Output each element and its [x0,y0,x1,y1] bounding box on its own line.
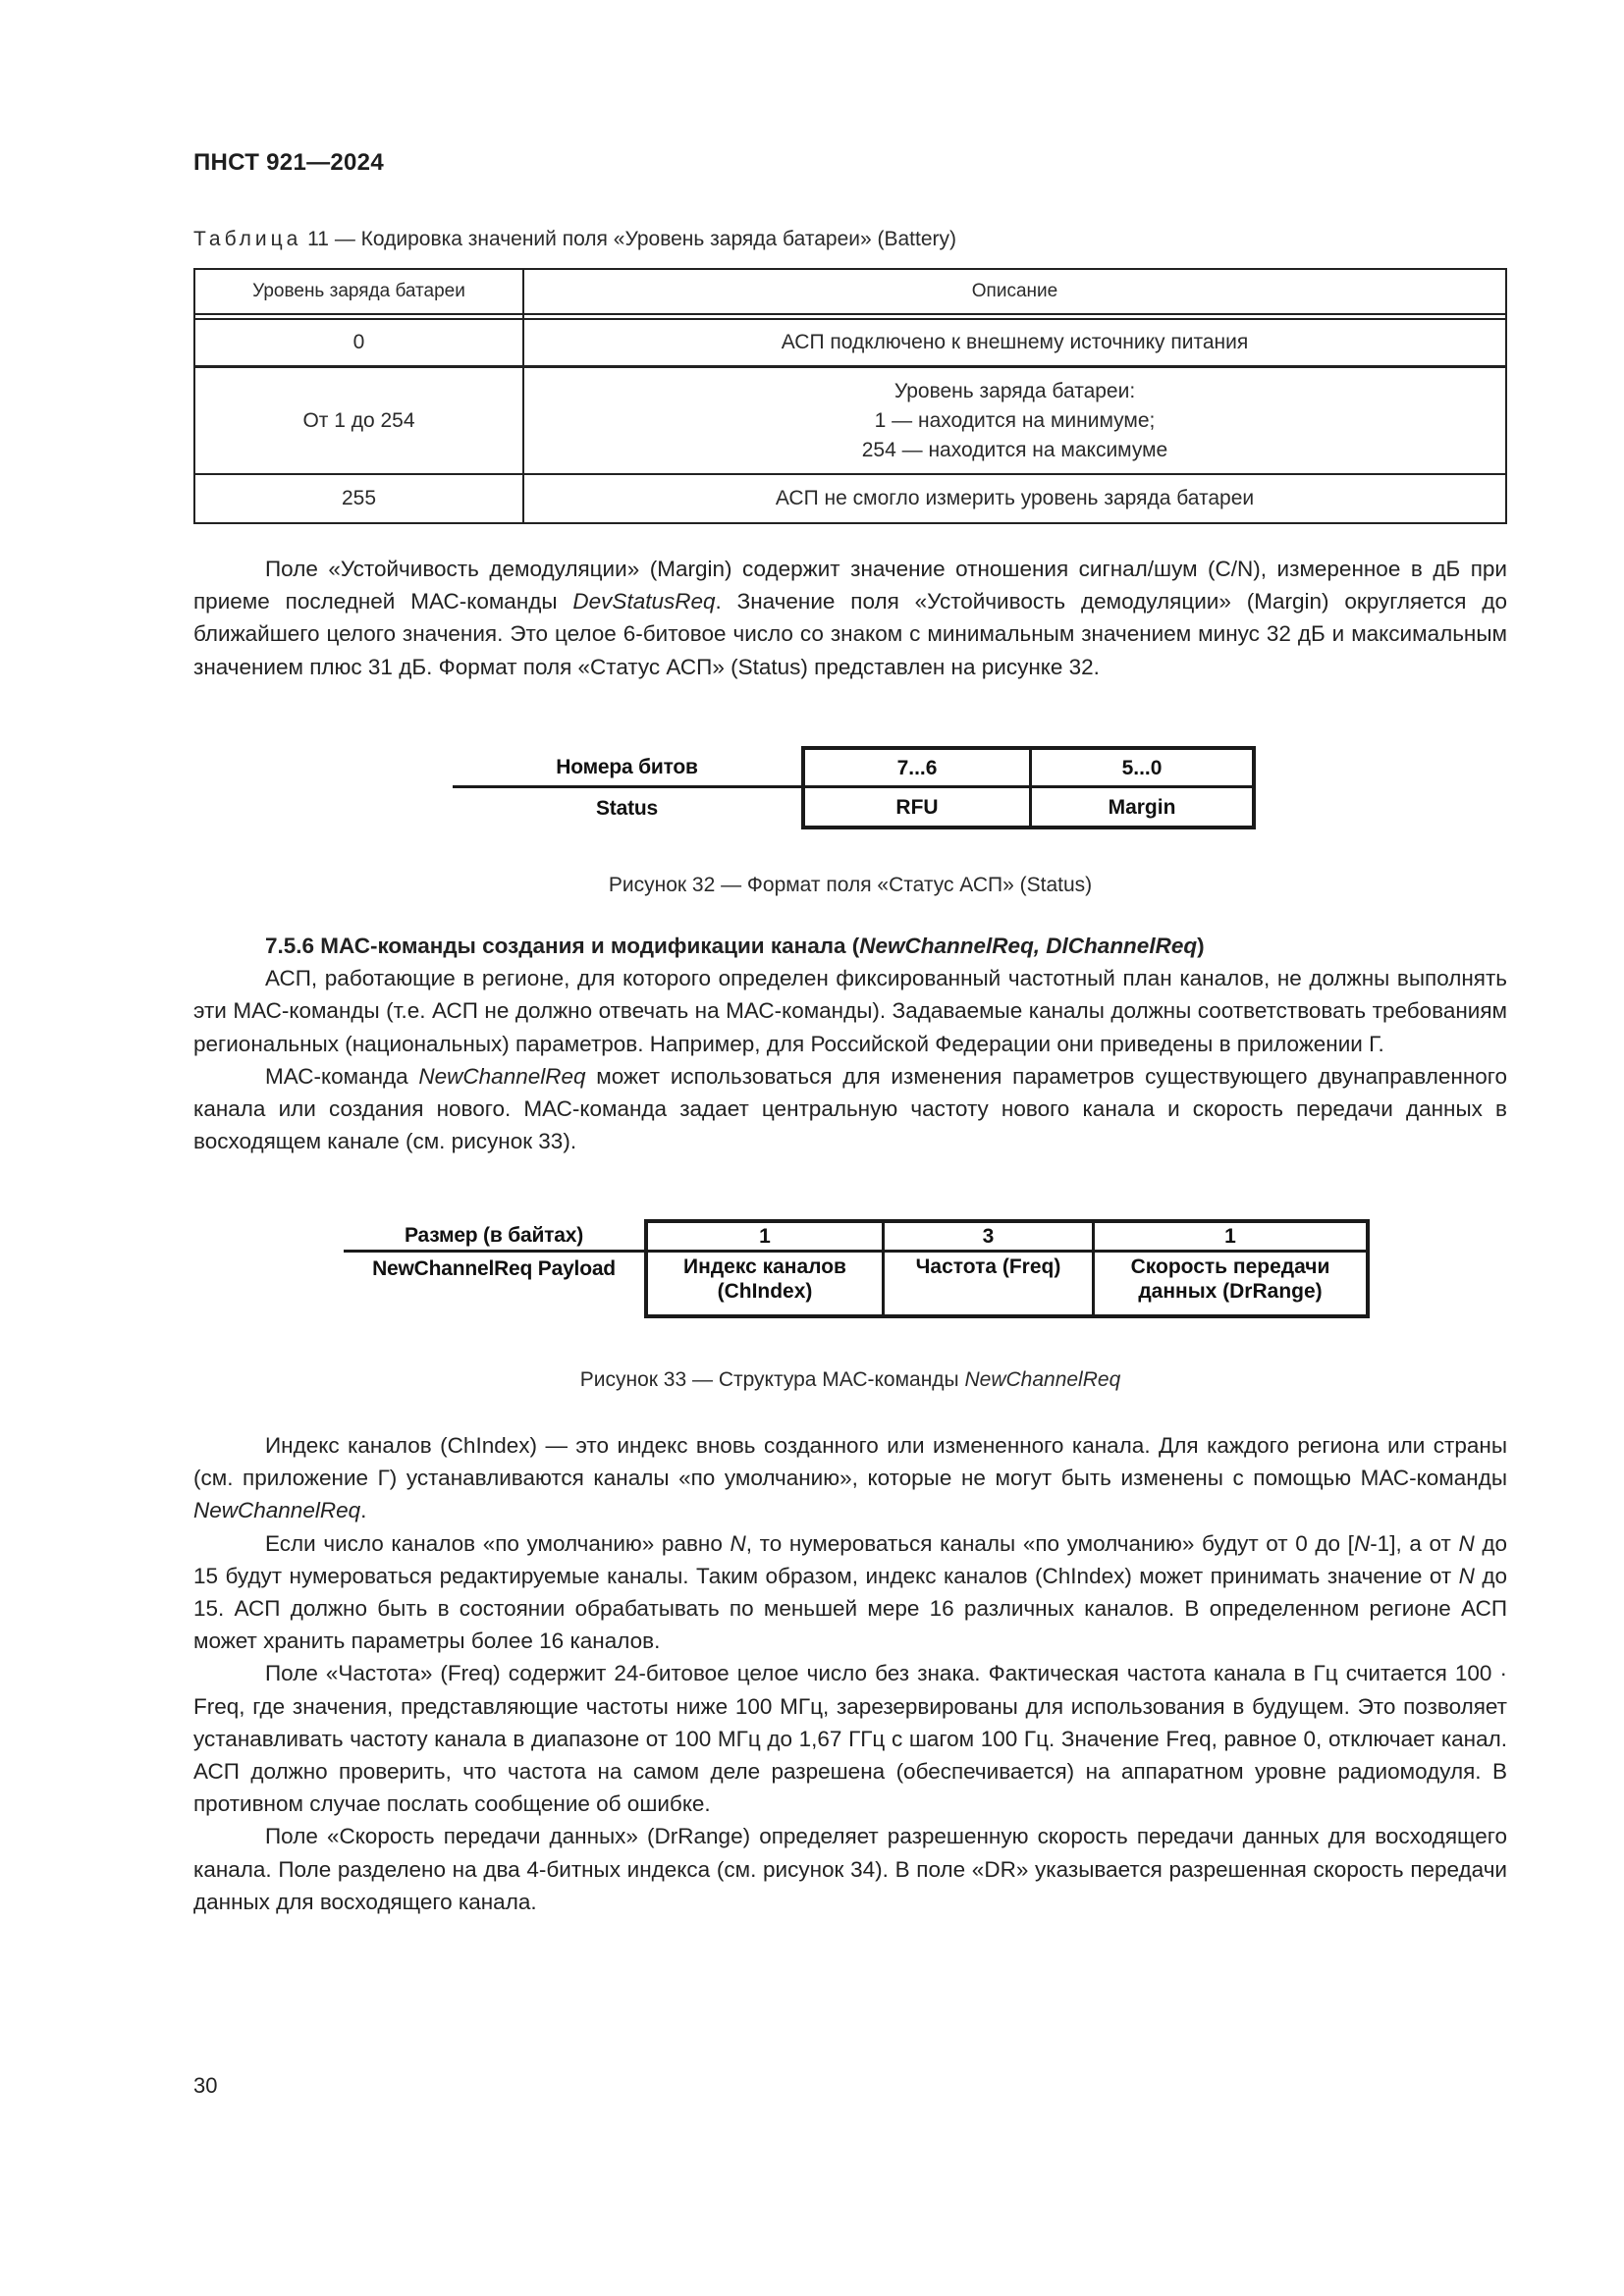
command-name: DevStatusReq [572,589,715,614]
column-header-description: Описание [523,269,1506,314]
heading-text: ) [1197,934,1205,958]
table-caption: Таблица 11 — Кодировка значений поля «Ур… [193,228,956,251]
size-drrange: 1 [1095,1223,1366,1250]
paragraph-freq: Поле «Частота» (Freq) содержит 24-битово… [193,1657,1507,1820]
size-freq: 3 [885,1223,1092,1250]
cell-level: 255 [194,474,523,523]
bits-7-6: 7...6 [805,750,1029,785]
battery-level-table: Уровень заряда батареи Описание 0 АСП по… [193,268,1507,524]
status-format-box: 7...6 5...0 RFU Margin [801,746,1256,829]
cell-description: АСП не смогло измерить уровень заряда ба… [523,474,1506,523]
row-label-size: Размер (в байтах) [344,1224,644,1248]
page-number: 30 [193,2073,217,2099]
text: Поле «Скорость передачи данных» (DrRange… [193,1824,1507,1913]
figure-rule [453,785,801,788]
variable-n: N [1458,1531,1474,1556]
row-label-bits: Номера битов [453,756,801,779]
paragraph-chindex: Индекс каналов (ChIndex) — это индекс вн… [193,1429,1507,1527]
cell-level: 0 [194,319,523,367]
paragraph-drrange: Поле «Скорость передачи данных» (DrRange… [193,1820,1507,1918]
field-chindex: Индекс каналов (ChIndex) [668,1255,862,1311]
text: -1], а от [1370,1531,1458,1556]
text: МАС-команда [265,1064,418,1089]
text: Индекс каналов (ChIndex) — это индекс вн… [193,1433,1507,1490]
cell-description: Уровень заряда батареи: 1 — находится на… [523,367,1506,475]
row-label-status: Status [453,797,801,821]
heading-text: 7.5.6 МАС-команды создания и модификации… [265,934,859,958]
paragraph: АСП, работающие в регионе, для которого … [193,962,1507,1060]
description-line: Уровень заряда батареи: [524,377,1505,406]
row-label-payload: NewChannelReq Payload [344,1257,644,1281]
caption-command: NewChannelReq [964,1368,1120,1391]
document-code: ПНСТ 921—2024 [193,149,384,177]
field-rfu: RFU [805,788,1029,826]
section-7-5-6: 7.5.6 МАС-команды создания и модификации… [193,930,1507,1157]
size-chindex: 1 [648,1223,882,1250]
text: . [360,1498,366,1522]
section-heading: 7.5.6 МАС-команды создания и модификации… [193,930,1507,962]
description-line: 1 — находится на минимуме; [524,406,1505,436]
text: Поле «Частота» (Freq) содержит 24-битово… [193,1661,1507,1816]
variable-n: N [731,1531,746,1556]
table-caption-text: 11 — Кодировка значений поля «Уровень за… [301,228,956,250]
table-row: От 1 до 254 Уровень заряда батареи: 1 — … [194,367,1506,475]
table-header-row: Уровень заряда батареи Описание [194,269,1506,314]
cell-description: АСП подключено к внешнему источнику пита… [523,319,1506,367]
command-name: NewChannelReq [193,1498,360,1522]
newchannelreq-structure-box: 1 3 1 Индекс каналов (ChIndex) Частота (… [644,1219,1370,1318]
paragraph: МАС-команда NewChannelReq может использо… [193,1060,1507,1158]
paragraph-default-channels: Если число каналов «по умолчанию» равно … [193,1527,1507,1658]
field-freq: Частота (Freq) [885,1255,1092,1311]
description-line: 254 — находится на максимуме [524,436,1505,465]
heading-commands: NewChannelReq, DlChannelReq [859,934,1197,958]
box-divider [648,1250,1366,1253]
variable-n: N [1459,1564,1475,1588]
text: , то нумероваться каналы «по умолчанию» … [746,1531,1354,1556]
paragraph-margin: Поле «Устойчивость демодуляции» (Margin)… [193,553,1507,683]
field-drrange: Скорость передачи данных (DrRange) [1114,1255,1346,1311]
figure-32-caption: Рисунок 32 — Формат поля «Статус АСП» (S… [193,874,1507,897]
body-continued: Индекс каналов (ChIndex) — это индекс вн… [193,1429,1507,1918]
bits-5-0: 5...0 [1032,750,1252,785]
figure-33-caption: Рисунок 33 — Структура МАС-команды NewCh… [193,1368,1507,1392]
text: Если число каналов «по умолчанию» равно [265,1531,731,1556]
figure-rule [344,1250,644,1253]
caption-text: Рисунок 33 — Структура МАС-команды [580,1368,965,1391]
variable-n: N [1354,1531,1370,1556]
table-caption-prefix: Таблица [193,228,301,250]
field-margin: Margin [1032,788,1252,826]
column-header-level: Уровень заряда батареи [194,269,523,314]
command-name: NewChannelReq [418,1064,585,1089]
table-row: 0 АСП подключено к внешнему источнику пи… [194,319,1506,367]
text: АСП, работающие в регионе, для которого … [193,966,1507,1055]
cell-level: От 1 до 254 [194,367,523,475]
table-row: 255 АСП не смогло измерить уровень заряд… [194,474,1506,523]
